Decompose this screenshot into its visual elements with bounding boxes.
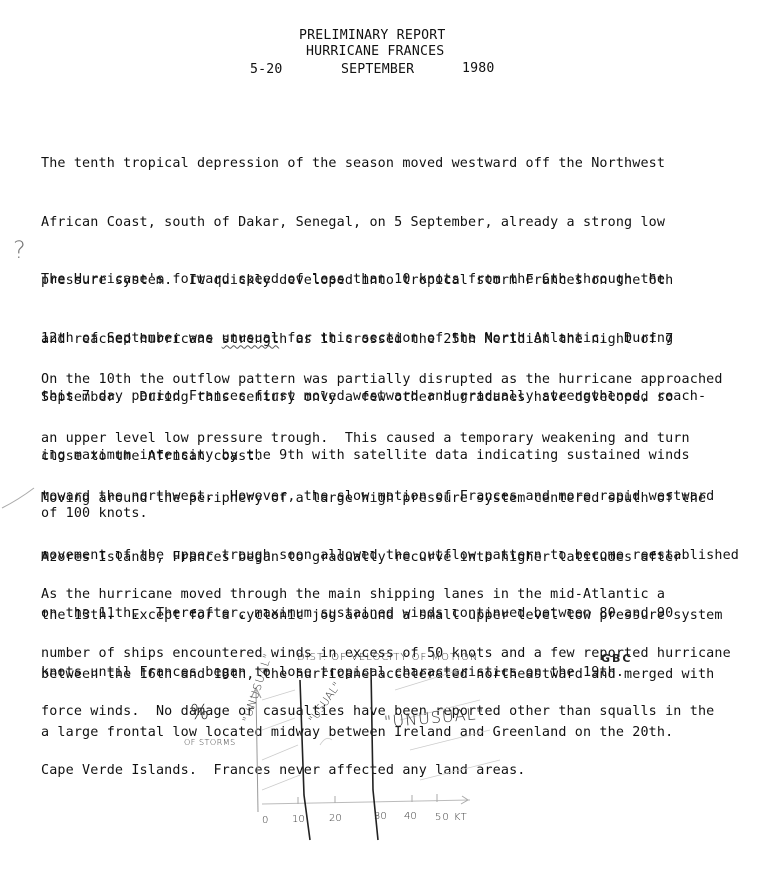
text-line: The Hurricane's forward speed of less th… — [41, 270, 706, 290]
sketch-title: DIST. OF VELOCITY OF MOTION — [297, 652, 478, 663]
text-line: As the hurricane moved through the main … — [41, 585, 731, 605]
text-line: Cape Verde Islands. Frances never affect… — [41, 761, 731, 781]
sketch-x-tick: 0 — [262, 815, 268, 826]
sketch-x-tick: 50 KT — [435, 812, 468, 823]
text-line: The tenth tropical depression of the sea… — [41, 154, 673, 174]
sketch-x-tick: 30 — [374, 811, 387, 822]
sketch-x-tick: 20 — [329, 813, 342, 824]
document-page: PRELIMINARY REPORT HURRICANE FRANCES 5-2… — [0, 0, 768, 881]
storm-name: HURRICANE FRANCES — [306, 42, 444, 61]
text-line: On the 10th the outflow pattern was part… — [41, 370, 739, 390]
sketch-y-label-percent: % — [190, 700, 209, 724]
author-initials: GBC — [601, 652, 633, 665]
sketch-x-tick: 40 — [404, 811, 417, 822]
text-line: an upper level low pressure trough. This… — [41, 429, 739, 449]
margin-question-mark: ? — [13, 236, 26, 264]
report-month: SEPTEMBER — [341, 60, 414, 79]
paragraph-impacts: As the hurricane moved through the main … — [41, 546, 731, 819]
report-dates: 5-20 — [250, 60, 283, 79]
text-line: African Coast, south of Dakar, Senegal, … — [41, 213, 673, 233]
sketch-x-tick: 10 — [292, 814, 305, 825]
report-year: 1980 — [462, 59, 495, 78]
sketch-y-label-storms: OF STORMS — [184, 738, 236, 747]
text-line: Moving around the periphery of a large h… — [41, 489, 723, 509]
